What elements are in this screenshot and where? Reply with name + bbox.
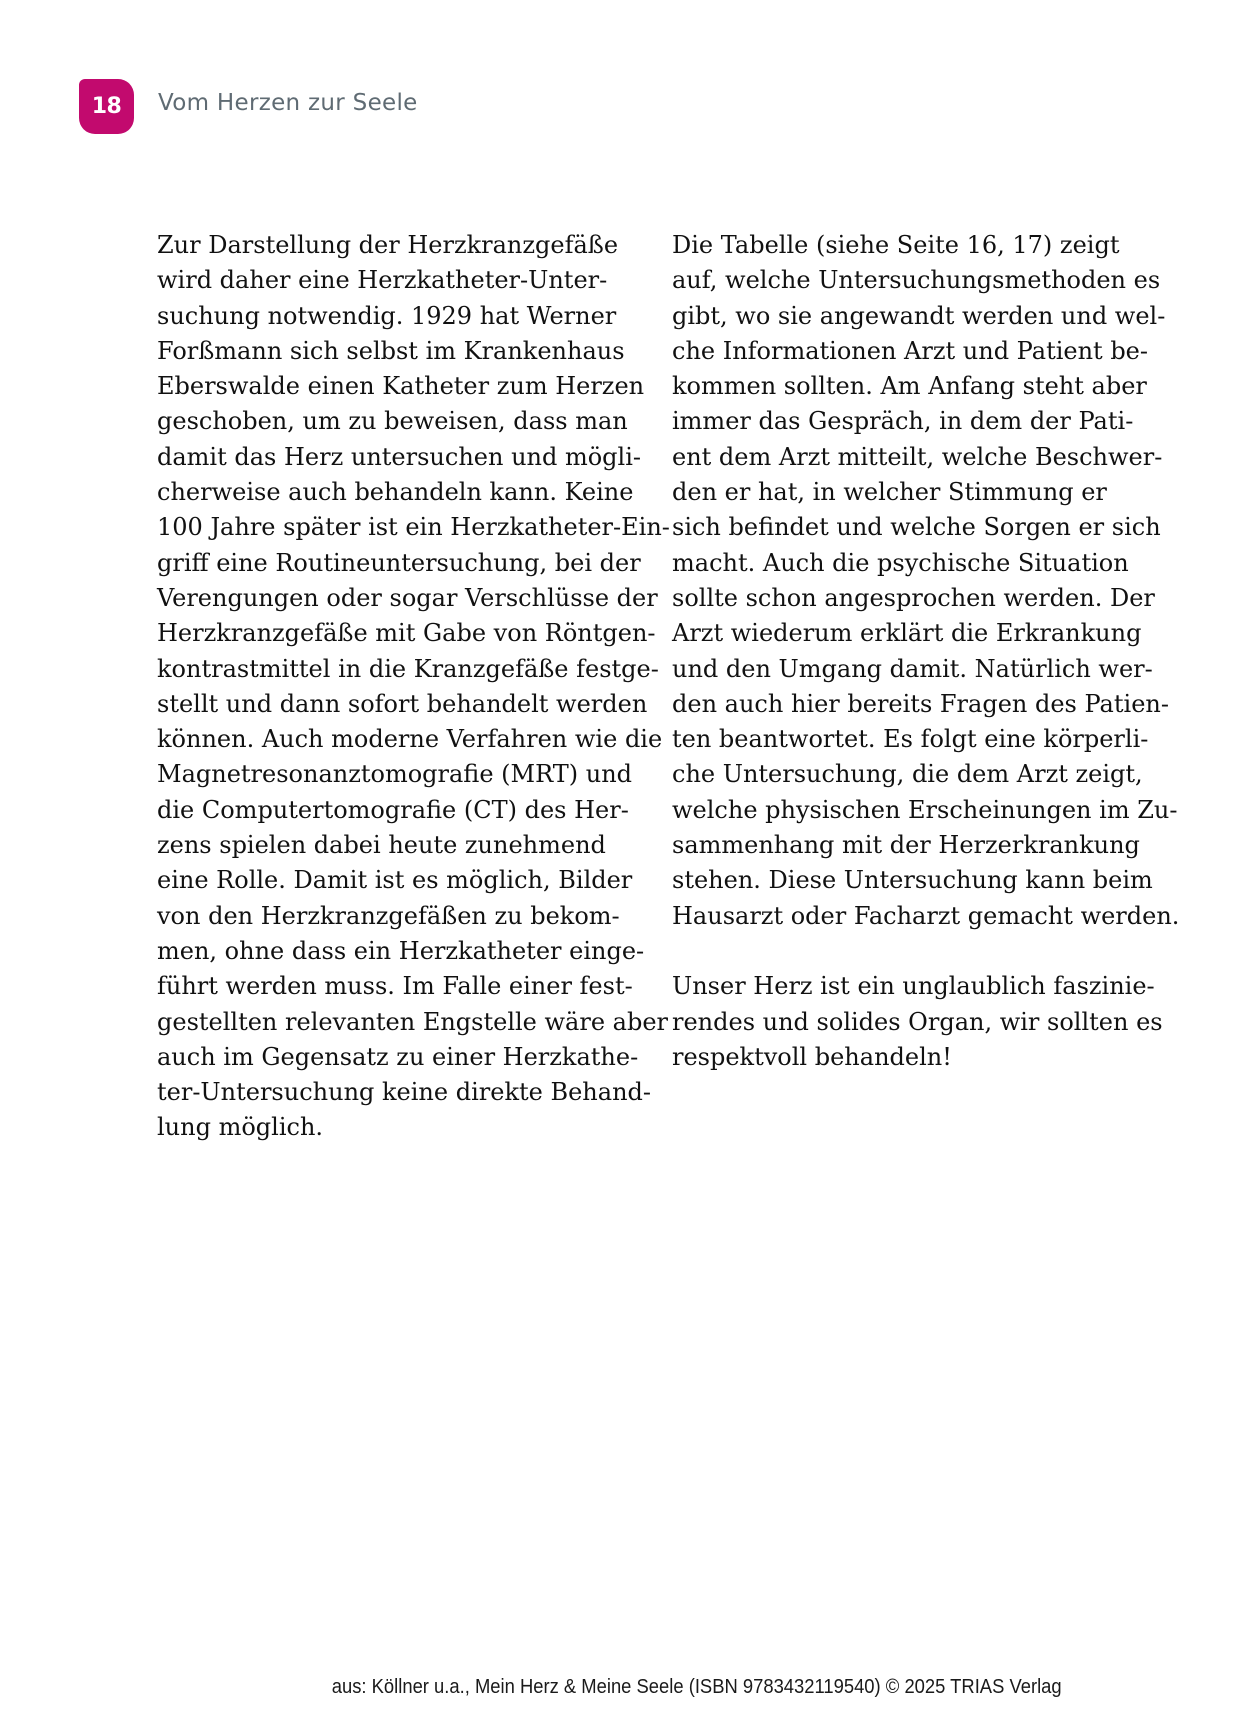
text-line: wird daher eine Herzkatheter-Unter- bbox=[157, 263, 637, 298]
text-line: zens spielen dabei heute zunehmend bbox=[157, 828, 637, 863]
text-line: Zur Darstellung der Herzkranzgefäße bbox=[157, 228, 637, 263]
text-line: suchung notwendig. 1929 hat Werner bbox=[157, 299, 637, 334]
page-number-badge: 18 bbox=[79, 79, 134, 134]
text-line: Magnetresonanztomografie (MRT) und bbox=[157, 757, 637, 792]
text-line: gestellten relevanten Engstelle wäre abe… bbox=[157, 1005, 637, 1040]
paragraph-exam-methods: Die Tabelle (siehe Seite 16, 17) zeigt a… bbox=[672, 228, 1152, 934]
text-line: Herzkranzgefäße mit Gabe von Röntgen- bbox=[157, 616, 637, 651]
running-title: Vom Herzen zur Seele bbox=[158, 90, 418, 116]
text-line: sich befindet und welche Sorgen er sich bbox=[672, 510, 1152, 545]
text-line: 100 Jahre später ist ein Herzkatheter-Ei… bbox=[157, 510, 637, 545]
text-line: damit das Herz untersuchen und mögli- bbox=[157, 440, 637, 475]
left-column: Zur Darstellung der Herzkranzgefäße wird… bbox=[157, 228, 637, 1146]
text-line: Unser Herz ist ein unglaublich faszinie- bbox=[672, 969, 1152, 1004]
text-line: immer das Gespräch, in dem der Pati- bbox=[672, 404, 1152, 439]
text-line: che Informationen Arzt und Patient be- bbox=[672, 334, 1152, 369]
text-line: sollte schon angesprochen werden. Der bbox=[672, 581, 1152, 616]
text-line: macht. Auch die psychische Situation bbox=[672, 546, 1152, 581]
text-line: Verengungen oder sogar Verschlüsse der bbox=[157, 581, 637, 616]
paragraph-closing: Unser Herz ist ein unglaublich faszinie-… bbox=[672, 969, 1152, 1075]
text-line: den auch hier bereits Fragen des Patien- bbox=[672, 687, 1152, 722]
text-line: Eberswalde einen Katheter zum Herzen bbox=[157, 369, 637, 404]
text-line: Arzt wiederum erklärt die Erkrankung bbox=[672, 616, 1152, 651]
text-line: rendes und solides Organ, wir sollten es bbox=[672, 1005, 1152, 1040]
text-line: kontrastmittel in die Kranzgefäße festge… bbox=[157, 652, 637, 687]
text-line: die Computertomografie (CT) des Her- bbox=[157, 793, 637, 828]
text-line: auf, welche Untersuchungsmethoden es bbox=[672, 263, 1152, 298]
text-line: auch im Gegensatz zu einer Herzkathe- bbox=[157, 1040, 637, 1075]
text-line: führt werden muss. Im Falle einer fest- bbox=[157, 969, 637, 1004]
right-column: Die Tabelle (siehe Seite 16, 17) zeigt a… bbox=[672, 228, 1152, 1075]
text-line: geschoben, um zu beweisen, dass man bbox=[157, 404, 637, 439]
text-line: den er hat, in welcher Stimmung er bbox=[672, 475, 1152, 510]
text-line: von den Herzkranzgefäßen zu bekom- bbox=[157, 899, 637, 934]
citation-footer: aus: Köllner u.a., Mein Herz & Meine See… bbox=[50, 1676, 1209, 1699]
text-line: Hausarzt oder Facharzt gemacht werden. bbox=[672, 899, 1152, 934]
text-line: stellt und dann sofort behandelt werden bbox=[157, 687, 637, 722]
text-line: eine Rolle. Damit ist es möglich, Bilder bbox=[157, 863, 637, 898]
text-line: cherweise auch behandeln kann. Keine bbox=[157, 475, 637, 510]
text-line: stehen. Diese Untersuchung kann beim bbox=[672, 863, 1152, 898]
page-number: 18 bbox=[92, 94, 122, 119]
text-line: men, ohne dass ein Herzkatheter einge- bbox=[157, 934, 637, 969]
text-line: sammenhang mit der Herzerkrankung bbox=[672, 828, 1152, 863]
text-line: können. Auch moderne Verfahren wie die bbox=[157, 722, 637, 757]
text-line: ent dem Arzt mitteilt, welche Beschwer- bbox=[672, 440, 1152, 475]
text-line: Forßmann sich selbst im Krankenhaus bbox=[157, 334, 637, 369]
text-line: ten beantwortet. Es folgt eine körperli- bbox=[672, 722, 1152, 757]
text-line: welche physischen Erscheinungen im Zu- bbox=[672, 793, 1152, 828]
text-line: ter-Untersuchung keine direkte Behand- bbox=[157, 1075, 637, 1110]
paragraph-spacer bbox=[672, 934, 1152, 969]
text-line: und den Umgang damit. Natürlich wer- bbox=[672, 652, 1152, 687]
text-line: kommen sollten. Am Anfang steht aber bbox=[672, 369, 1152, 404]
text-line: Die Tabelle (siehe Seite 16, 17) zeigt bbox=[672, 228, 1152, 263]
text-line: che Untersuchung, die dem Arzt zeigt, bbox=[672, 757, 1152, 792]
text-line: gibt, wo sie angewandt werden und wel- bbox=[672, 299, 1152, 334]
text-line: griff eine Routineuntersuchung, bei der bbox=[157, 546, 637, 581]
text-line: respektvoll behandeln! bbox=[672, 1040, 1152, 1075]
text-line: lung möglich. bbox=[157, 1110, 637, 1145]
